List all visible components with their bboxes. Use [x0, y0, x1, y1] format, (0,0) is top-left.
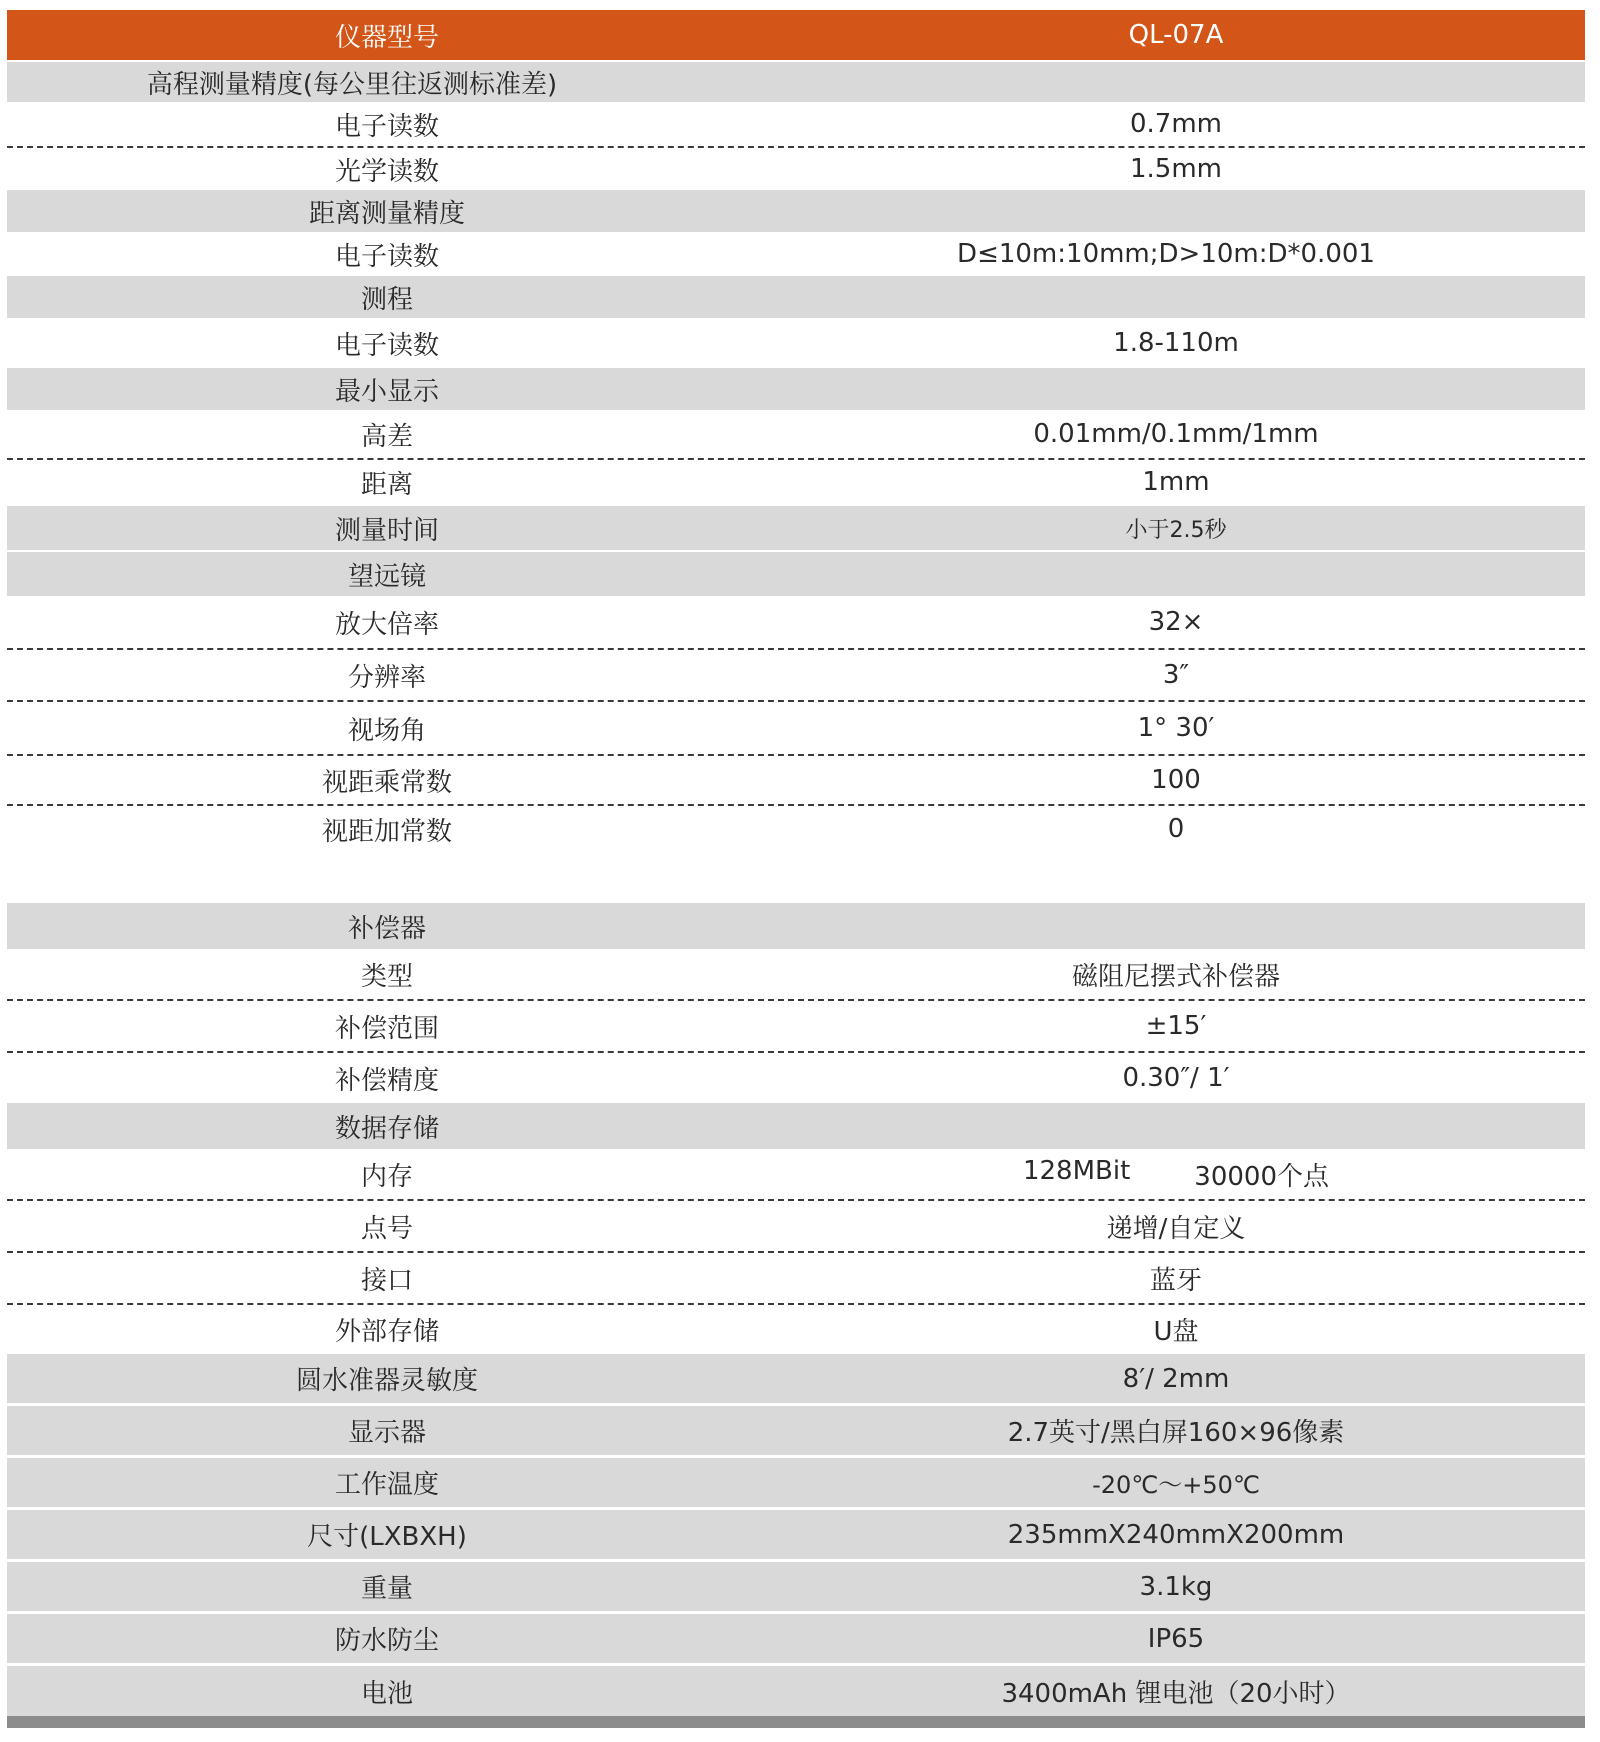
table-row: 光学读数 1.5mm	[7, 148, 1585, 190]
row-label: 点号	[7, 1208, 767, 1245]
row-label: 距离	[7, 464, 767, 501]
table-row: 外部存储 U盘	[7, 1305, 1585, 1353]
row-label: 补偿范围	[7, 1008, 767, 1045]
row-label: 高程测量精度(每公里往返测标准差)	[7, 64, 697, 101]
table-row: 分辨率 3″	[7, 650, 1585, 702]
row-value: 2.7英寸/黑白屏160×96像素	[767, 1412, 1585, 1449]
row-label: 测程	[7, 279, 767, 316]
row-value: 3400mAh 锂电池（20小时）	[767, 1673, 1585, 1710]
row-value: 0.01mm/0.1mm/1mm	[767, 419, 1585, 449]
section-row-measure-time: 测量时间 小于2.5秒	[7, 506, 1585, 550]
row-label: 高差	[7, 416, 767, 453]
row-label: 电子读数	[7, 325, 767, 362]
row-label: 距离测量精度	[7, 193, 767, 230]
row-label: 补偿精度	[7, 1060, 767, 1097]
table-row: 电子读数 0.7mm	[7, 102, 1585, 148]
row-value: 磁阻尼摆式补偿器	[767, 956, 1585, 993]
row-value: 0.7mm	[767, 109, 1585, 139]
row-label: 工作温度	[7, 1464, 767, 1501]
table-row: 工作温度 -20℃～+50℃	[7, 1458, 1585, 1507]
row-value: 0	[767, 814, 1585, 844]
table-header-row: 仪器型号 QL-07A	[7, 10, 1585, 60]
table-row: 电池 3400mAh 锂电池（20小时）	[7, 1666, 1585, 1716]
row-label: 光学读数	[7, 151, 767, 188]
memory-points: 30000个点	[1194, 1156, 1329, 1193]
table-row: 高差 0.01mm/0.1mm/1mm	[7, 410, 1585, 460]
row-value: ±15′	[767, 1011, 1585, 1041]
row-label: 补偿器	[7, 908, 767, 945]
row-label: 分辨率	[7, 657, 767, 694]
row-value: 小于2.5秒	[767, 513, 1585, 544]
row-value: -20℃～+50℃	[767, 1465, 1585, 1500]
row-label: 测量时间	[7, 510, 767, 547]
table-row: 防水防尘 IP65	[7, 1614, 1585, 1663]
row-label: 类型	[7, 956, 767, 993]
section-row-elevation-accuracy: 高程测量精度(每公里往返测标准差)	[7, 62, 1585, 102]
row-value: 235mmX240mmX200mm	[767, 1520, 1585, 1550]
row-value: 0.30″/ 1′	[767, 1063, 1585, 1093]
row-label: 望远镜	[7, 556, 767, 593]
table-row: 电子读数 1.8-110m	[7, 318, 1585, 368]
row-label: 数据存储	[7, 1108, 767, 1145]
header-label: 仪器型号	[7, 17, 767, 54]
row-value: U盘	[767, 1311, 1585, 1348]
row-value: 3″	[767, 660, 1585, 690]
row-label: 电池	[7, 1673, 767, 1710]
table-row: 内存 128MBit 30000个点	[7, 1149, 1585, 1201]
section-row-range: 测程	[7, 276, 1585, 318]
section-row-compensator: 补偿器	[7, 903, 1585, 949]
table-row: 视距加常数 0	[7, 806, 1585, 852]
row-label: 视距加常数	[7, 811, 767, 848]
header-model: QL-07A	[767, 20, 1585, 50]
row-label: 最小显示	[7, 371, 767, 408]
section-row-distance-accuracy: 距离测量精度	[7, 190, 1585, 232]
row-label: 视场角	[7, 710, 767, 747]
row-label: 显示器	[7, 1412, 767, 1449]
table-row: 距离 1mm	[7, 460, 1585, 504]
section-row-data-storage: 数据存储	[7, 1103, 1585, 1149]
row-label: 放大倍率	[7, 604, 767, 641]
memory-size: 128MBit	[1023, 1156, 1130, 1193]
row-label: 外部存储	[7, 1311, 767, 1348]
row-label: 电子读数	[7, 106, 767, 143]
row-label: 重量	[7, 1568, 767, 1605]
table-row: 类型 磁阻尼摆式补偿器	[7, 949, 1585, 1001]
table-row: 显示器 2.7英寸/黑白屏160×96像素	[7, 1406, 1585, 1455]
row-value: 3.1kg	[767, 1572, 1585, 1602]
row-value: 100	[767, 765, 1585, 795]
row-value: 1° 30′	[767, 713, 1585, 743]
row-label: 视距乘常数	[7, 762, 767, 799]
table-row: 圆水准器灵敏度 8′/ 2mm	[7, 1354, 1585, 1403]
table-row: 尺寸(LXBXH) 235mmX240mmX200mm	[7, 1510, 1585, 1559]
table-row: 补偿精度 0.30″/ 1′	[7, 1053, 1585, 1103]
table-row: 电子读数 D≤10m:10mm;D>10m:D*0.001	[7, 232, 1585, 276]
table-bottom-bar	[7, 1716, 1585, 1728]
section-row-min-display: 最小显示	[7, 368, 1585, 410]
table-row: 点号 递增/自定义	[7, 1201, 1585, 1253]
table-row: 补偿范围 ±15′	[7, 1001, 1585, 1053]
row-value: 蓝牙	[767, 1260, 1585, 1297]
row-value: 8′/ 2mm	[767, 1364, 1585, 1394]
row-label: 尺寸(LXBXH)	[7, 1516, 767, 1553]
table-row: 视距乘常数 100	[7, 756, 1585, 806]
row-value: 递增/自定义	[767, 1208, 1585, 1245]
row-label: 电子读数	[7, 236, 767, 273]
row-value: D≤10m:10mm;D>10m:D*0.001	[767, 239, 1585, 269]
table-row: 视场角 1° 30′	[7, 702, 1585, 756]
table-row: 重量 3.1kg	[7, 1562, 1585, 1611]
row-value: 1mm	[767, 467, 1585, 497]
section-row-telescope: 望远镜	[7, 552, 1585, 596]
row-value: 32×	[767, 607, 1585, 637]
row-value: IP65	[767, 1624, 1585, 1654]
table-row: 接口 蓝牙	[7, 1253, 1585, 1305]
row-label: 防水防尘	[7, 1620, 767, 1657]
row-label: 接口	[7, 1260, 767, 1297]
row-label: 圆水准器灵敏度	[7, 1360, 767, 1397]
row-label: 内存	[7, 1156, 767, 1193]
table-row: 放大倍率 32×	[7, 596, 1585, 650]
row-value: 1.5mm	[767, 154, 1585, 184]
row-value: 128MBit 30000个点	[767, 1156, 1585, 1193]
row-value: 1.8-110m	[767, 328, 1585, 358]
